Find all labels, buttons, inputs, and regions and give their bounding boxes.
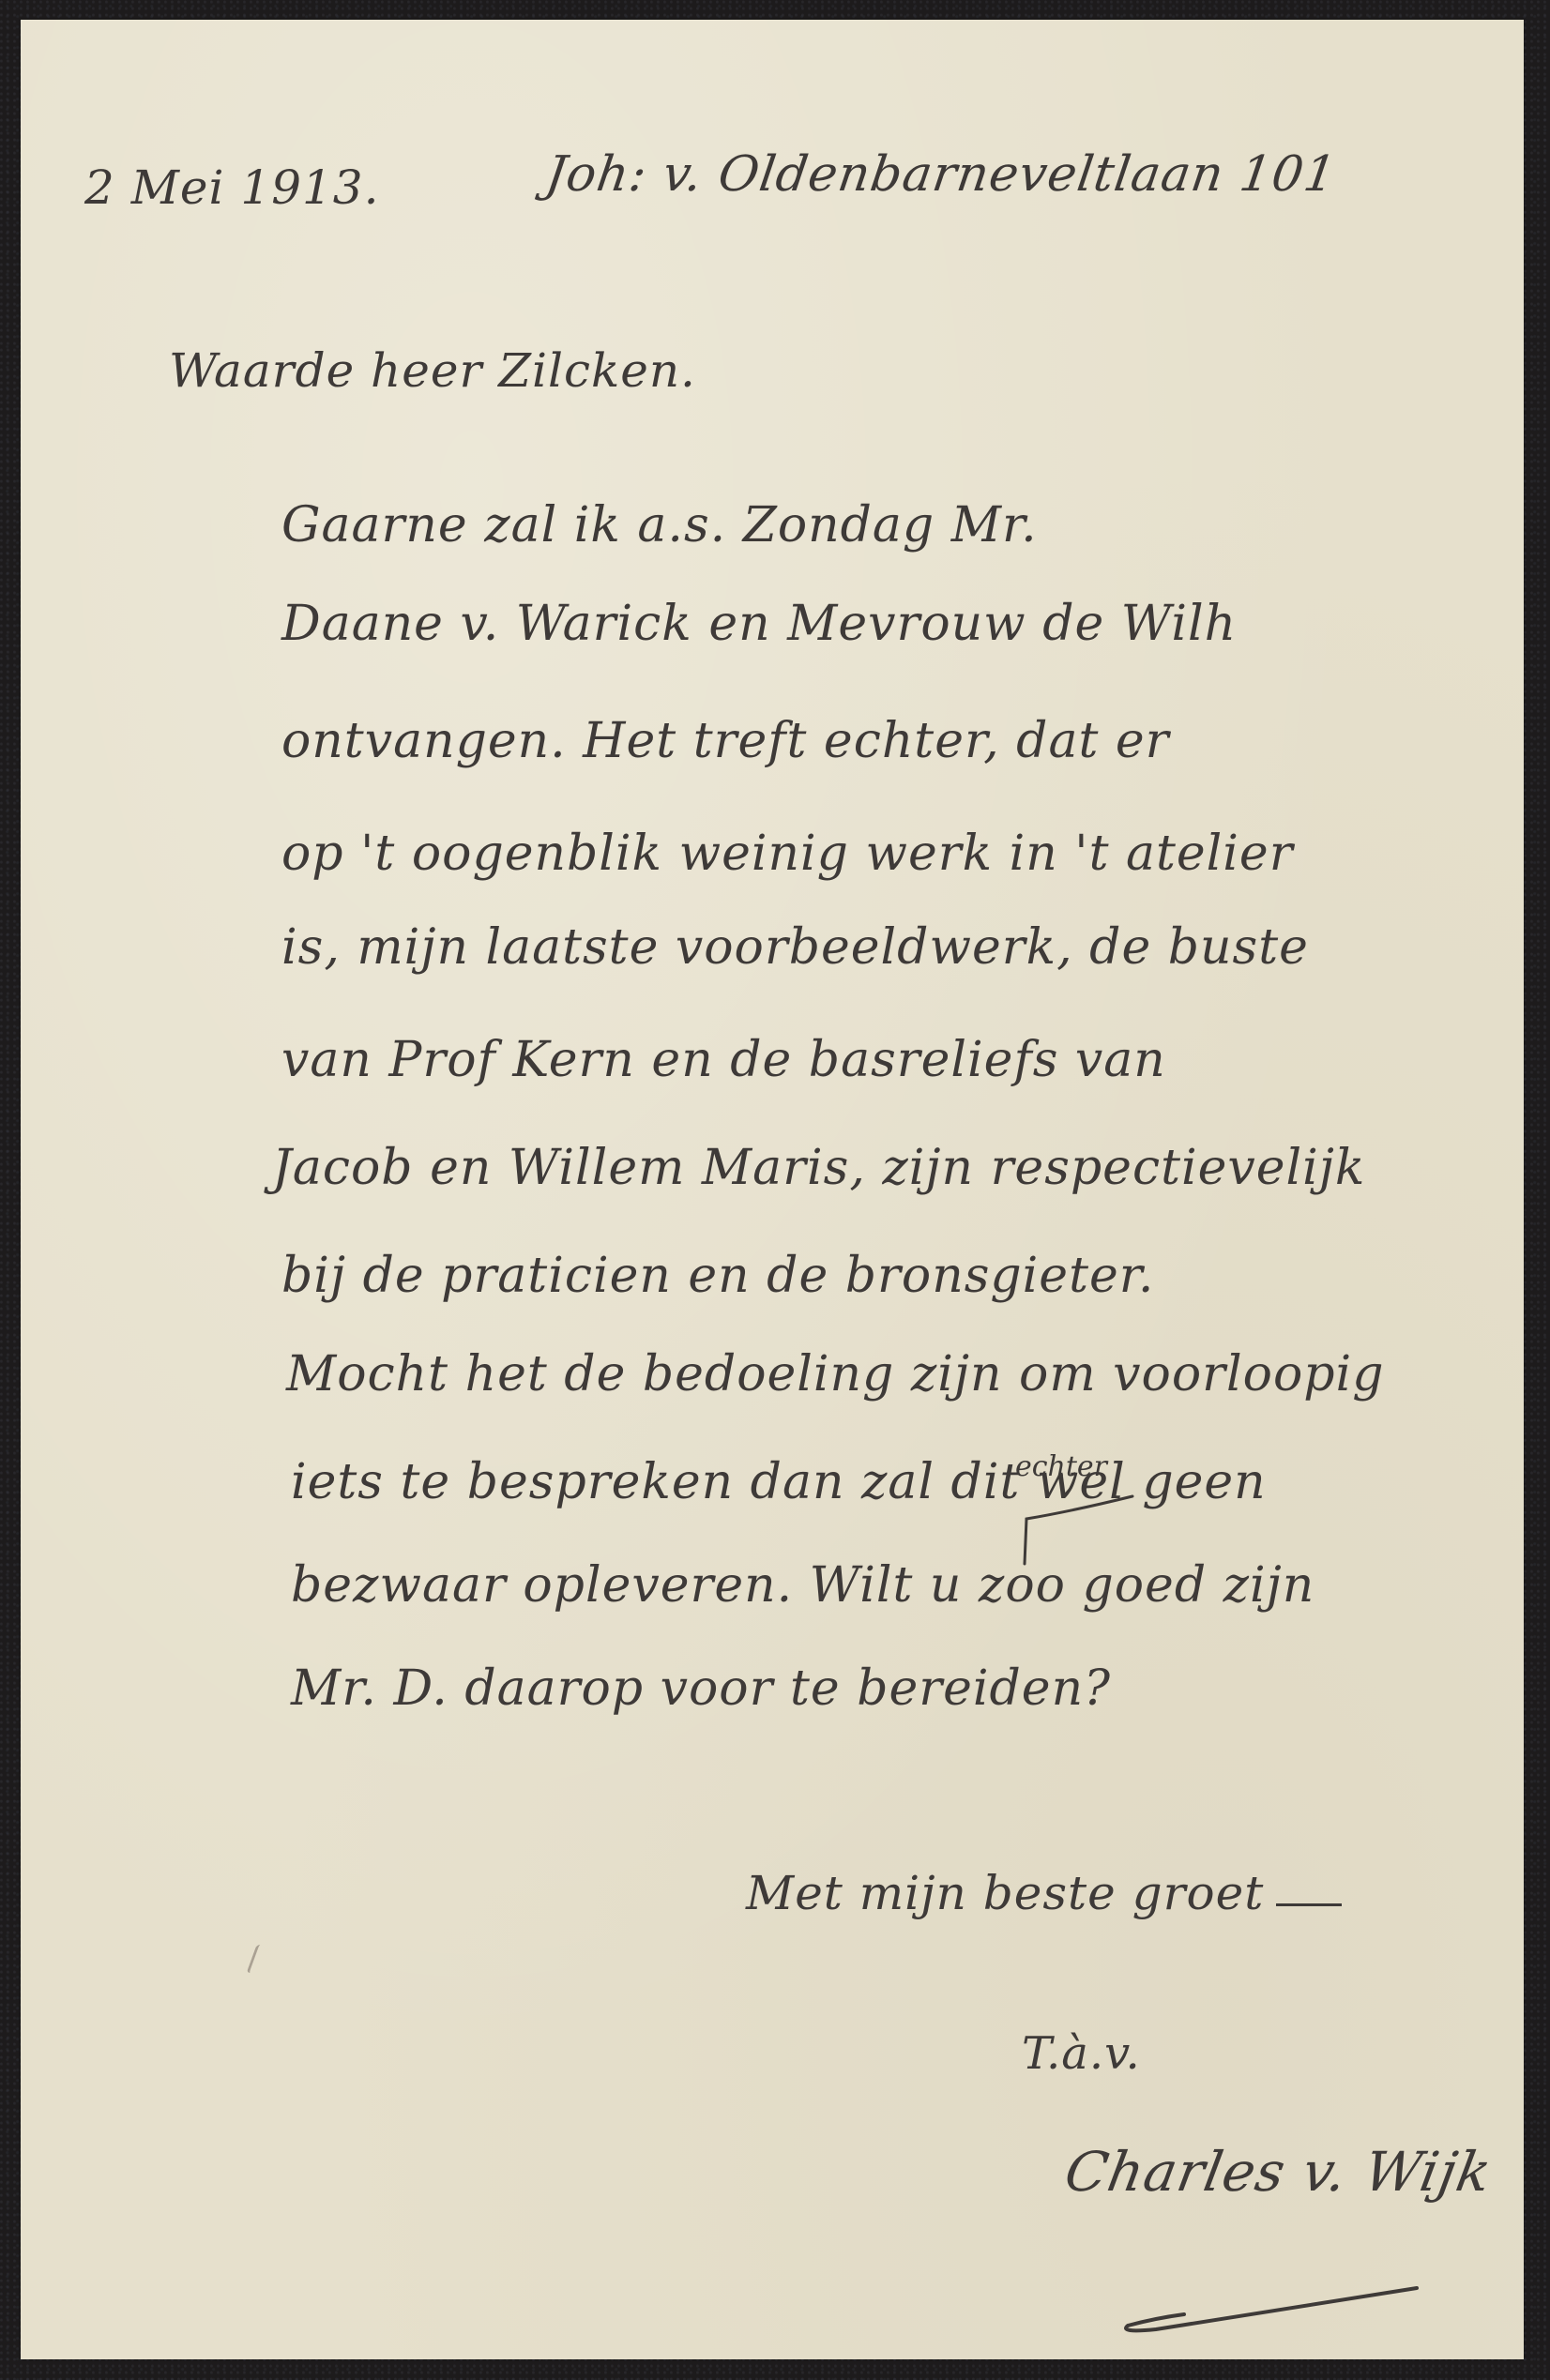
signature: Charles v. Wijk	[1060, 2140, 1497, 2204]
salutation: Waarde heer Zilcken.	[169, 343, 696, 398]
letter-line: is, mijn laatste voorbeeldwerk, de buste	[281, 919, 1309, 976]
letter-line: Daane v. Warick en Mevrouw de Wilh	[281, 596, 1237, 652]
interlinear-insertion: echter	[1015, 1450, 1107, 1483]
insertion-caret-stroke	[1015, 1491, 1137, 1566]
letter-line: op 't oogenblik weinig werk in 't atelie…	[281, 826, 1294, 882]
letter-line: Jacob en Willem Maris, zijn respectievel…	[272, 1140, 1365, 1196]
closing-dash	[1276, 1903, 1342, 1906]
letter-line: ontvangen. Het treft echter, dat er	[281, 713, 1170, 769]
signature-underline-flourish	[1100, 2281, 1419, 2337]
closing-phrase: Met mijn beste groet	[746, 1866, 1264, 1920]
letter-line: bij de praticien en de bronsgieter.	[281, 1248, 1154, 1304]
letter-line: van Prof Kern en de basreliefs van	[281, 1032, 1166, 1088]
letter-line: Gaarne zal ik a.s. Zondag Mr.	[281, 497, 1038, 553]
letter-line: bezwaar opleveren. Wilt u zoo goed zijn	[291, 1557, 1314, 1614]
letter-sheet: 2 Mei 1913. Joh: v. Oldenbarneveltlaan 1…	[21, 20, 1524, 2359]
paper-blemish	[247, 1945, 273, 1973]
letter-line: Mocht het de bedoeling zijn om voorloopi…	[286, 1346, 1384, 1402]
sender-address: Joh: v. Oldenbarneveltlaan 101	[542, 146, 1340, 203]
letter-line: Mr. D. daarop voor te bereiden?	[291, 1660, 1111, 1717]
initials: T.à.v.	[1022, 2027, 1141, 2080]
letter-date: 2 Mei 1913.	[84, 160, 380, 215]
